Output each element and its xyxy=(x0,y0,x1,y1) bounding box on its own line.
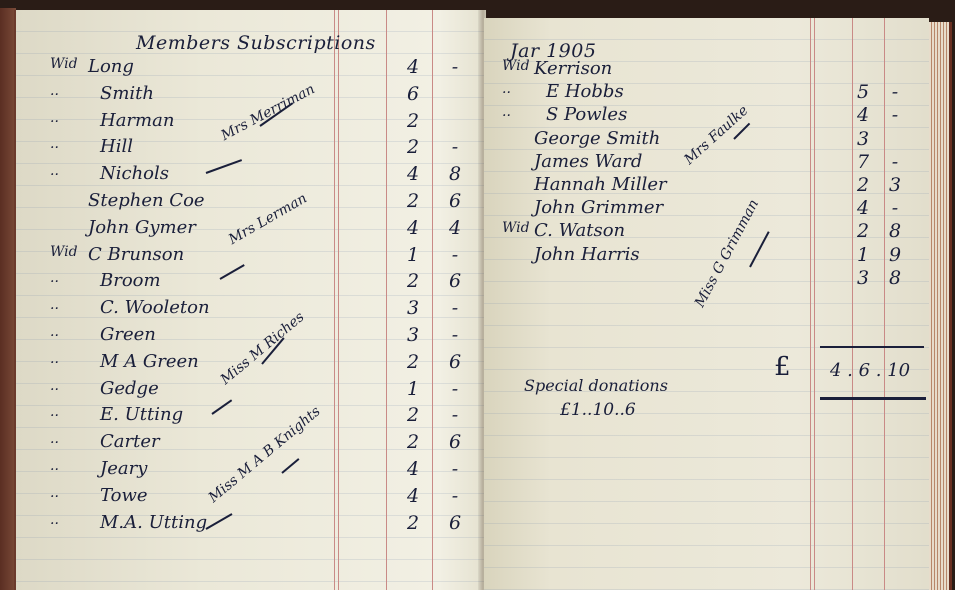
margin-line xyxy=(338,10,339,590)
shillings-value: 2 xyxy=(402,431,424,453)
shillings-value: 6 xyxy=(402,83,424,105)
entry-prefix: .. xyxy=(502,104,511,120)
right-page: Jar 1905 WidKerrison..E Hobbs5-..S Powle… xyxy=(484,18,929,590)
special-donations-amount: £1..10..6 xyxy=(560,400,636,420)
shillings-value: 3 xyxy=(402,324,424,346)
margin-line xyxy=(814,18,815,590)
shillings-value: 4 xyxy=(852,104,874,126)
entry-prefix: .. xyxy=(50,351,59,367)
shillings-value: 4 xyxy=(402,458,424,480)
total-rule-bottom xyxy=(820,397,926,400)
pence-value: - xyxy=(884,151,906,173)
pence-column-line xyxy=(432,10,433,590)
entry-name: Towe xyxy=(100,485,148,506)
page-title: Members Subscriptions xyxy=(136,32,376,54)
entry-name: Long xyxy=(88,56,134,77)
shillings-value: 2 xyxy=(402,136,424,158)
pence-value: 6 xyxy=(444,190,466,212)
entry-name: George Smith xyxy=(534,128,660,149)
entry-name: John Harris xyxy=(534,244,640,265)
entry-prefix: .. xyxy=(50,485,59,501)
entry-prefix: .. xyxy=(50,297,59,313)
entry-name: Kerrison xyxy=(534,58,612,79)
ledger-book: Members Subscriptions WidLong4-..Smith6.… xyxy=(0,0,955,590)
entry-prefix: Wid xyxy=(50,244,78,260)
entry-name: E. Utting xyxy=(100,404,183,425)
entry-name: Nichols xyxy=(100,163,169,184)
shillings-value: 4 xyxy=(402,485,424,507)
shillings-value: 2 xyxy=(402,351,424,373)
pence-value: - xyxy=(884,104,906,126)
pence-value: - xyxy=(444,485,466,507)
entry-name: Smith xyxy=(100,83,154,104)
entry-name: C. Watson xyxy=(534,220,625,241)
shillings-value: 4 xyxy=(852,197,874,219)
pence-value: - xyxy=(444,244,466,266)
entry-name: Gedge xyxy=(100,378,159,399)
entry-name: E Hobbs xyxy=(546,81,624,102)
shillings-value: 4 xyxy=(402,217,424,239)
page-edges xyxy=(929,22,952,590)
entry-name: James Ward xyxy=(534,151,642,172)
entry-name: M A Green xyxy=(100,351,199,372)
entry-name: John Gymer xyxy=(88,217,196,238)
entry-prefix: .. xyxy=(502,81,511,97)
entry-prefix: .. xyxy=(50,136,59,152)
shillings-value: 2 xyxy=(402,190,424,212)
pence-value: - xyxy=(444,56,466,78)
total-amount: 4 . 6 . 10 xyxy=(830,360,910,381)
shillings-value: 5 xyxy=(852,81,874,103)
entry-name: Jeary xyxy=(100,458,147,479)
entry-name: Hill xyxy=(100,136,133,157)
shillings-value: 2 xyxy=(852,174,874,196)
shillings-value: 3 xyxy=(402,297,424,319)
shillings-column-line xyxy=(386,10,387,590)
entry-name: John Grimmer xyxy=(534,197,663,218)
entry-name: Broom xyxy=(100,270,161,291)
entry-name: M.A. Utting xyxy=(100,512,207,533)
pence-value: - xyxy=(884,197,906,219)
left-page: Members Subscriptions WidLong4-..Smith6.… xyxy=(14,10,486,590)
entry-prefix: Wid xyxy=(502,58,530,74)
entry-name: C. Wooleton xyxy=(100,297,210,318)
entry-prefix: .. xyxy=(50,458,59,474)
pence-value: 4 xyxy=(444,217,466,239)
shillings-value: 1 xyxy=(402,378,424,400)
pence-value: 8 xyxy=(884,267,906,289)
entry-name: Green xyxy=(100,324,156,345)
entry-prefix: .. xyxy=(50,431,59,447)
entry-prefix: Wid xyxy=(502,220,530,236)
pence-value: 8 xyxy=(444,163,466,185)
entry-prefix: .. xyxy=(50,324,59,340)
pence-value: - xyxy=(884,81,906,103)
shillings-value: 2 xyxy=(402,270,424,292)
entry-prefix: .. xyxy=(50,270,59,286)
entry-name: Carter xyxy=(100,431,160,452)
margin-line xyxy=(334,10,335,590)
shillings-value: 2 xyxy=(402,404,424,426)
shillings-value: 2 xyxy=(402,110,424,132)
pence-value: 8 xyxy=(884,220,906,242)
pence-value: 6 xyxy=(444,431,466,453)
pence-value: - xyxy=(444,136,466,158)
pence-value: 9 xyxy=(884,244,906,266)
pence-value: - xyxy=(444,297,466,319)
special-donations-label: Special donations xyxy=(524,376,668,395)
entry-prefix: .. xyxy=(50,404,59,420)
entry-name: Hannah Miller xyxy=(534,174,667,195)
pence-value: 6 xyxy=(444,270,466,292)
entry-name: C Brunson xyxy=(88,244,184,265)
pence-value: - xyxy=(444,378,466,400)
shillings-value: 7 xyxy=(852,151,874,173)
entry-prefix: Wid xyxy=(50,56,78,72)
shillings-value: 1 xyxy=(402,244,424,266)
shillings-value: 2 xyxy=(402,512,424,534)
shillings-value: 3 xyxy=(852,128,874,150)
pence-value: 6 xyxy=(444,512,466,534)
entry-prefix: .. xyxy=(50,110,59,126)
shillings-value: 1 xyxy=(852,244,874,266)
entry-prefix: .. xyxy=(50,83,59,99)
shillings-value: 4 xyxy=(402,56,424,78)
pence-value: - xyxy=(444,458,466,480)
shillings-value: 3 xyxy=(852,267,874,289)
shillings-value: 2 xyxy=(852,220,874,242)
pence-value: 6 xyxy=(444,351,466,373)
entry-name: Harman xyxy=(100,110,174,131)
pence-value: - xyxy=(444,324,466,346)
shillings-value: 4 xyxy=(402,163,424,185)
margin-line xyxy=(810,18,811,590)
pence-value: 3 xyxy=(884,174,906,196)
pence-value: - xyxy=(444,404,466,426)
entry-prefix: .. xyxy=(50,512,59,528)
entry-prefix: .. xyxy=(50,378,59,394)
entry-name: S Powles xyxy=(546,104,627,125)
entry-name: Stephen Coe xyxy=(88,190,205,211)
total-currency-symbol: £ xyxy=(774,352,791,382)
total-rule-top xyxy=(820,346,924,348)
entry-prefix: .. xyxy=(50,163,59,179)
